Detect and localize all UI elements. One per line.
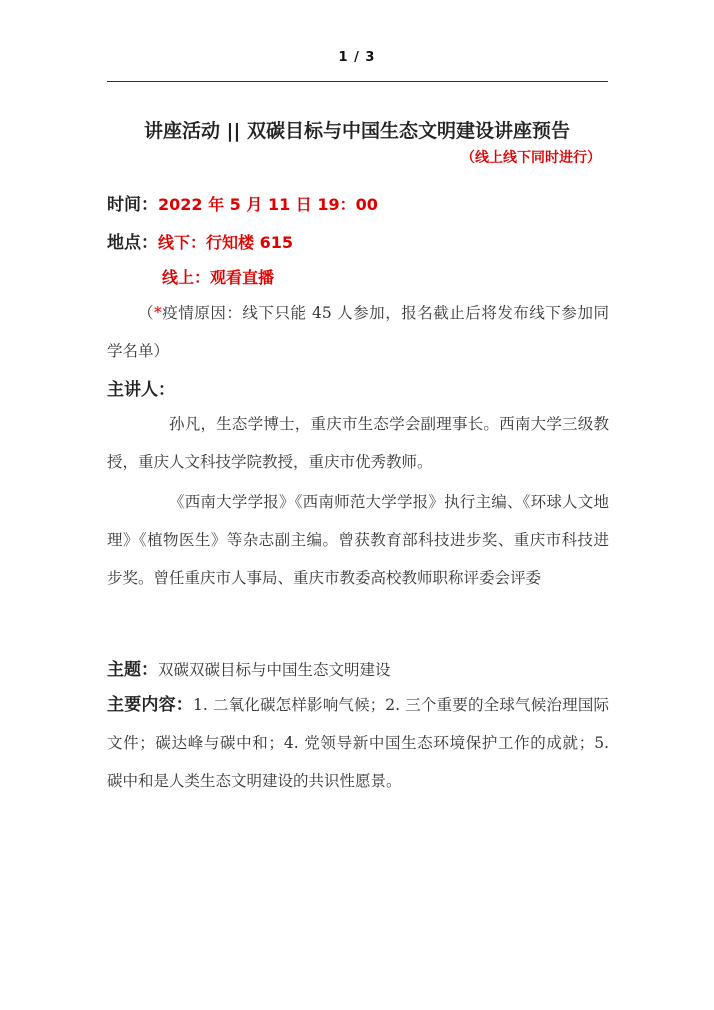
speaker-heading: 主讲人： [107,375,175,400]
speaker-bio-1: 孙凡，生态学博士，重庆市生态学会副理事长。西南大学三级教授，重庆人文科技学院教授… [107,405,609,481]
location-online: 线上：观看直播 [162,268,274,287]
content-paragraph: 主要内容：1. 二氧化碳怎样影响气候；2. 三个重要的全球气候治理国际文件；碳达… [107,686,609,800]
time-label: 时间： [107,195,158,215]
time-value: 2022 年 5 月 11 日 19：00 [158,195,378,214]
location-online-line: 线上：观看直播 [162,265,274,288]
notice-text: 疫情原因：线下只能 45 人参加，报名截止后将发布线下参加同学名单） [107,304,609,360]
page-indicator: 1 / 3 [0,50,714,65]
document-subtitle: （线上线下同时进行） [461,147,601,167]
notice-paragraph: （*疫情原因：线下只能 45 人参加，报名截止后将发布线下参加同学名单） [107,294,609,370]
topic-line: 主题：双碳双碳目标与中国生态文明建设 [107,655,391,680]
speaker-bio-2: 《西南大学学报》《西南师范大学学报》执行主编、《环球人文地理》《植物医生》等杂志… [107,483,609,597]
location-label: 地点： [107,233,158,253]
topic-label: 主题： [107,660,158,680]
notice-open: （ [138,304,154,322]
asterisk-icon: * [154,304,162,322]
speaker-label: 主讲人： [107,380,175,400]
location-line: 地点：线下：行知楼 615 [107,228,293,253]
time-line: 时间：2022 年 5 月 11 日 19：00 [107,190,378,215]
content-label: 主要内容： [107,695,193,715]
document-title: 讲座活动 || 双碳目标与中国生态文明建设讲座预告 [0,116,714,143]
header-divider [107,81,608,82]
topic-value: 双碳双碳目标与中国生态文明建设 [158,661,391,679]
location-offline: 线下：行知楼 615 [158,233,293,252]
